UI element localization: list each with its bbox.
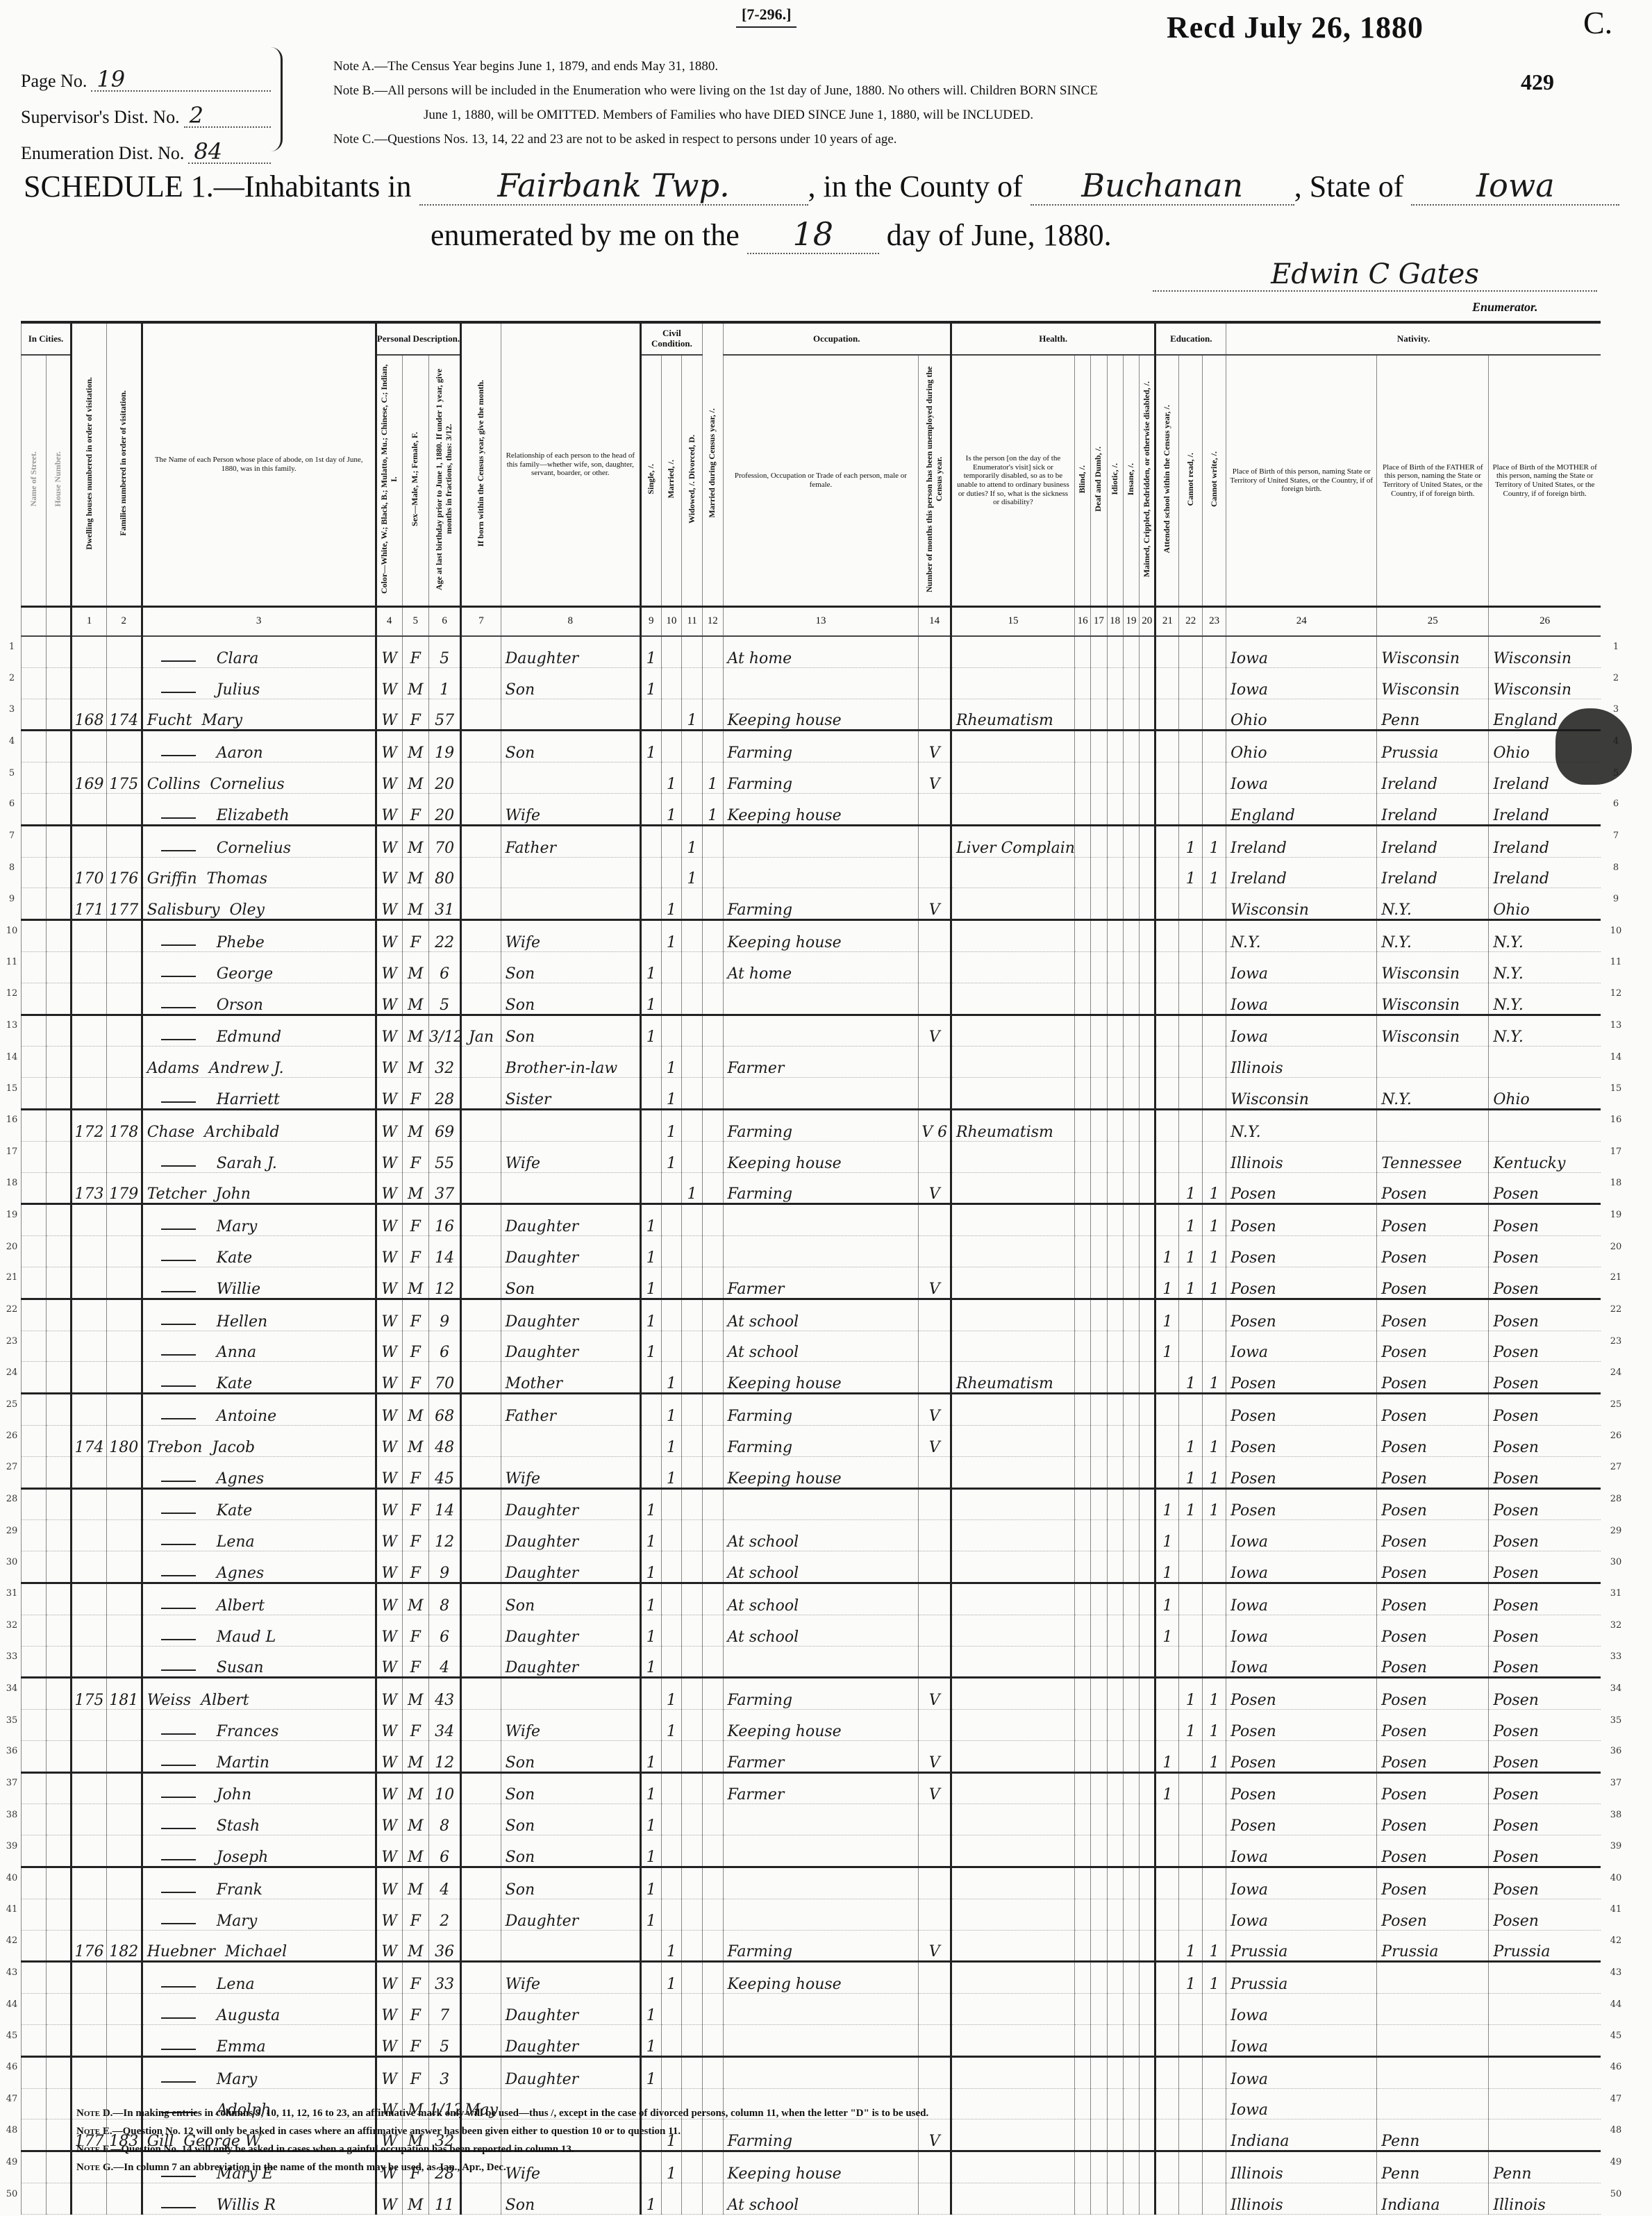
father-birthplace-cell: Ireland bbox=[1377, 825, 1489, 857]
same-surname-dash bbox=[161, 1481, 196, 1482]
table-row: SusanWF4Daughter1IowaPosenPosen bbox=[22, 1646, 1601, 1678]
age-cell: 20 bbox=[428, 793, 461, 825]
same-surname-dash bbox=[161, 1892, 196, 1893]
person-name-cell: Maud L bbox=[142, 1615, 376, 1646]
married-census-year-cell bbox=[702, 1551, 723, 1583]
widowed-cell: 1 bbox=[682, 1172, 703, 1204]
idiotic-cell bbox=[1107, 1804, 1123, 1835]
idiotic-cell bbox=[1107, 1425, 1123, 1456]
blind-cell bbox=[1074, 1109, 1090, 1141]
father-birthplace-cell: N.Y. bbox=[1377, 920, 1489, 952]
father-birthplace-cell: Tennessee bbox=[1377, 1141, 1489, 1172]
color-cell: W bbox=[376, 1331, 402, 1362]
brace-divider bbox=[271, 47, 283, 151]
birthplace-cell: Posen bbox=[1226, 1772, 1377, 1804]
color-cell: W bbox=[376, 1456, 402, 1488]
widowed-cell bbox=[682, 667, 703, 699]
street-cell bbox=[22, 920, 47, 952]
line-number: 28 bbox=[1, 1494, 22, 1504]
surname: Adams bbox=[147, 1060, 199, 1077]
attended-school-cell bbox=[1155, 1962, 1179, 1994]
person-name-cell: Mary bbox=[142, 2056, 376, 2088]
street-cell bbox=[22, 1867, 47, 1899]
line-number: 43 bbox=[1605, 1967, 1626, 1978]
line-number: 45 bbox=[1, 2031, 22, 2041]
blind-cell bbox=[1074, 1520, 1090, 1551]
single-cell: 1 bbox=[640, 1994, 661, 2025]
mother-birthplace-cell bbox=[1489, 2119, 1601, 2151]
person-name-cell: ChaseArchibald bbox=[142, 1109, 376, 1141]
family-number-cell bbox=[106, 1267, 142, 1299]
father-birthplace-cell: Penn bbox=[1377, 2151, 1489, 2183]
age-cell: 36 bbox=[428, 1930, 461, 1962]
birthplace-cell: Posen bbox=[1226, 1488, 1377, 1520]
unemployed-cell: V bbox=[919, 1772, 951, 1804]
mother-birthplace-cell: Kentucky bbox=[1489, 1141, 1601, 1172]
maimed-cell bbox=[1140, 1078, 1155, 1110]
color-cell: W bbox=[376, 1835, 402, 1867]
surname: Collins bbox=[147, 776, 201, 793]
line-number: 40 bbox=[1, 1873, 22, 1883]
line-number: 1 bbox=[1, 642, 22, 652]
married-cell bbox=[661, 1646, 682, 1678]
attended-school-cell bbox=[1155, 1867, 1179, 1899]
col-num: 13 bbox=[723, 607, 919, 637]
relationship-cell: Daughter bbox=[501, 1994, 640, 2025]
widowed-cell bbox=[682, 1362, 703, 1394]
single-cell: 1 bbox=[640, 2056, 661, 2088]
color-cell: W bbox=[376, 731, 402, 763]
supervisor-district-value: 2 bbox=[184, 104, 271, 128]
street-cell bbox=[22, 763, 47, 794]
sickness-cell bbox=[951, 1488, 1074, 1520]
line-number: 20 bbox=[1, 1242, 22, 1252]
married-census-year-cell bbox=[702, 2025, 723, 2057]
same-surname-dash bbox=[161, 850, 196, 851]
relationship-cell: Son bbox=[501, 1740, 640, 1772]
deaf-dumb-cell bbox=[1091, 1740, 1107, 1772]
street-cell bbox=[22, 1236, 47, 1267]
family-number-cell: 176 bbox=[106, 857, 142, 888]
birthplace-cell: Posen bbox=[1226, 1710, 1377, 1741]
table-row: GeorgeWM6Son1At homeIowaWisconsinN.Y. bbox=[22, 951, 1601, 983]
cannot-write-cell: 1 bbox=[1203, 1204, 1226, 1236]
header-idiotic: Idiotic, /. bbox=[1107, 355, 1123, 607]
father-birthplace-cell: Posen bbox=[1377, 1551, 1489, 1583]
sex-cell: M bbox=[402, 1394, 428, 1426]
color-cell: W bbox=[376, 2056, 402, 2088]
occupation-cell: At school bbox=[723, 1551, 919, 1583]
given-name: John bbox=[217, 1786, 251, 1803]
sickness-cell bbox=[951, 1772, 1074, 1804]
mother-birthplace-cell: Posen bbox=[1489, 1299, 1601, 1331]
table-row: StashWM8Son1PosenPosenPosen bbox=[22, 1804, 1601, 1835]
mother-birthplace-cell bbox=[1489, 1047, 1601, 1078]
unemployed-cell bbox=[919, 1710, 951, 1741]
father-birthplace-cell: Posen bbox=[1377, 1456, 1489, 1488]
cannot-read-cell bbox=[1179, 2119, 1203, 2151]
birthplace-cell: Iowa bbox=[1226, 2025, 1377, 2057]
single-cell bbox=[640, 793, 661, 825]
person-name-cell: WeissAlbert bbox=[142, 1678, 376, 1710]
color-cell: W bbox=[376, 951, 402, 983]
mother-birthplace-cell: Posen bbox=[1489, 1899, 1601, 1930]
header-color: Color—White, W.; Black, B.; Mulatto, Mu.… bbox=[376, 355, 402, 607]
col-num: 7 bbox=[461, 607, 501, 637]
header-married-census-year: Married during Census year, /. bbox=[702, 322, 723, 607]
line-number: 3 bbox=[1, 704, 22, 715]
insane-cell bbox=[1123, 2025, 1139, 2057]
sex-cell: F bbox=[402, 1204, 428, 1236]
unemployed-cell bbox=[919, 793, 951, 825]
cannot-write-cell: 1 bbox=[1203, 1362, 1226, 1394]
insane-cell bbox=[1123, 2151, 1139, 2183]
deaf-dumb-cell bbox=[1091, 2025, 1107, 2057]
attended-school-cell bbox=[1155, 1141, 1179, 1172]
line-number: 8 bbox=[1605, 863, 1626, 873]
insane-cell bbox=[1123, 888, 1139, 920]
given-name: Aaron bbox=[217, 744, 263, 762]
occupation-cell: Keeping house bbox=[723, 1710, 919, 1741]
age-cell: 5 bbox=[428, 636, 461, 667]
color-cell: W bbox=[376, 667, 402, 699]
unemployed-cell bbox=[919, 2056, 951, 2088]
deaf-dumb-cell bbox=[1091, 731, 1107, 763]
relationship-cell: Daughter bbox=[501, 2025, 640, 2057]
single-cell: 1 bbox=[640, 1804, 661, 1835]
house-number-cell bbox=[47, 1141, 72, 1172]
single-cell: 1 bbox=[640, 1646, 661, 1678]
idiotic-cell bbox=[1107, 1236, 1123, 1267]
unemployed-cell: V bbox=[919, 1015, 951, 1047]
line-number: 15 bbox=[1605, 1083, 1626, 1094]
family-number-cell bbox=[106, 1299, 142, 1331]
sex-cell: M bbox=[402, 857, 428, 888]
table-row: WillieWM12Son1FarmerV111PosenPosenPosen bbox=[22, 1267, 1601, 1299]
person-name-cell: Mary bbox=[142, 1899, 376, 1930]
unemployed-cell: V bbox=[919, 1394, 951, 1426]
given-name: Martin bbox=[217, 1754, 269, 1772]
age-cell: 57 bbox=[428, 699, 461, 731]
father-birthplace-cell: Posen bbox=[1377, 1488, 1489, 1520]
maimed-cell bbox=[1140, 1994, 1155, 2025]
mother-birthplace-cell: Posen bbox=[1489, 1488, 1601, 1520]
birth-month-cell bbox=[461, 1488, 501, 1520]
line-number: 36 bbox=[1, 1746, 22, 1756]
birthplace-cell: Prussia bbox=[1226, 1930, 1377, 1962]
sickness-cell bbox=[951, 1172, 1074, 1204]
sickness-cell bbox=[951, 920, 1074, 952]
father-birthplace-cell: Posen bbox=[1377, 1583, 1489, 1615]
birth-month-cell bbox=[461, 1615, 501, 1646]
birth-month-cell bbox=[461, 825, 501, 857]
relationship-cell: Daughter bbox=[501, 1236, 640, 1267]
header-cannot-write: Cannot write, /. bbox=[1203, 355, 1226, 607]
relationship-cell: Brother-in-law bbox=[501, 1047, 640, 1078]
col-num: 24 bbox=[1226, 607, 1377, 637]
occupation-cell bbox=[723, 1204, 919, 1236]
attended-school-cell: 1 bbox=[1155, 1740, 1179, 1772]
cannot-write-cell bbox=[1203, 1646, 1226, 1678]
street-cell bbox=[22, 2088, 47, 2119]
insane-cell bbox=[1123, 793, 1139, 825]
street-cell bbox=[22, 1930, 47, 1962]
widowed-cell bbox=[682, 1740, 703, 1772]
attended-school-cell bbox=[1155, 2025, 1179, 2057]
occupation-cell: Farming bbox=[723, 1394, 919, 1426]
line-number: 31 bbox=[1, 1588, 22, 1599]
father-birthplace-cell bbox=[1377, 1109, 1489, 1141]
maimed-cell bbox=[1140, 857, 1155, 888]
birthplace-cell: Iowa bbox=[1226, 983, 1377, 1015]
unemployed-cell bbox=[919, 1646, 951, 1678]
deaf-dumb-cell bbox=[1091, 2119, 1107, 2151]
idiotic-cell bbox=[1107, 793, 1123, 825]
age-cell: 6 bbox=[428, 1331, 461, 1362]
sickness-cell bbox=[951, 2151, 1074, 2183]
col-num: 20 bbox=[1140, 607, 1155, 637]
father-birthplace-cell: Posen bbox=[1377, 1204, 1489, 1236]
family-number-cell bbox=[106, 951, 142, 983]
age-cell: 14 bbox=[428, 1488, 461, 1520]
table-row: LenaWF33Wife1Keeping house11Prussia bbox=[22, 1962, 1601, 1994]
blind-cell bbox=[1074, 1488, 1090, 1520]
idiotic-cell bbox=[1107, 1994, 1123, 2025]
age-cell: 6 bbox=[428, 1615, 461, 1646]
age-cell: 7 bbox=[428, 1994, 461, 2025]
married-census-year-cell bbox=[702, 825, 723, 857]
maimed-cell bbox=[1140, 1740, 1155, 1772]
birthplace-cell: Iowa bbox=[1226, 2088, 1377, 2119]
table-row: HarriettWF28Sister1WisconsinN.Y.Ohio bbox=[22, 1078, 1601, 1110]
unemployed-cell bbox=[919, 1804, 951, 1835]
cannot-read-cell bbox=[1179, 763, 1203, 794]
sex-cell: F bbox=[402, 1962, 428, 1994]
widowed-cell bbox=[682, 951, 703, 983]
line-number: 31 bbox=[1605, 1588, 1626, 1599]
sickness-cell bbox=[951, 1456, 1074, 1488]
occupation-cell bbox=[723, 1994, 919, 2025]
sex-cell: F bbox=[402, 636, 428, 667]
father-birthplace-cell: Ireland bbox=[1377, 793, 1489, 825]
family-number-cell bbox=[106, 920, 142, 952]
insane-cell bbox=[1123, 1615, 1139, 1646]
idiotic-cell bbox=[1107, 1678, 1123, 1710]
married-census-year-cell bbox=[702, 1646, 723, 1678]
color-cell: W bbox=[376, 763, 402, 794]
unemployed-cell bbox=[919, 920, 951, 952]
line-number: 5 bbox=[1, 768, 22, 778]
birth-month-cell bbox=[461, 1172, 501, 1204]
mother-birthplace-cell: Penn bbox=[1489, 2151, 1601, 2183]
maimed-cell bbox=[1140, 1456, 1155, 1488]
dwelling-number-cell: 175 bbox=[72, 1678, 107, 1710]
table-row: AgnesWF45Wife1Keeping house11PosenPosenP… bbox=[22, 1456, 1601, 1488]
birthplace-cell: Posen bbox=[1226, 1425, 1377, 1456]
line-number: 13 bbox=[1, 1020, 22, 1031]
married-cell bbox=[661, 1740, 682, 1772]
dwelling-number-cell bbox=[72, 951, 107, 983]
married-census-year-cell bbox=[702, 1520, 723, 1551]
idiotic-cell bbox=[1107, 951, 1123, 983]
cannot-write-cell bbox=[1203, 920, 1226, 952]
cannot-read-cell bbox=[1179, 667, 1203, 699]
widowed-cell bbox=[682, 1394, 703, 1426]
idiotic-cell bbox=[1107, 825, 1123, 857]
widowed-cell bbox=[682, 636, 703, 667]
sickness-cell bbox=[951, 1394, 1074, 1426]
line-number: 14 bbox=[1605, 1052, 1626, 1063]
married-cell: 1 bbox=[661, 1362, 682, 1394]
line-number: 34 bbox=[1605, 1683, 1626, 1694]
table-row: KateWF14Daughter1111PosenPosenPosen bbox=[22, 1236, 1601, 1267]
married-cell bbox=[661, 825, 682, 857]
given-name: Agnes bbox=[217, 1470, 264, 1488]
sex-cell: M bbox=[402, 1835, 428, 1867]
single-cell bbox=[640, 699, 661, 731]
unemployed-cell bbox=[919, 1520, 951, 1551]
family-number-cell: 182 bbox=[106, 1930, 142, 1962]
birthplace-cell: Iowa bbox=[1226, 951, 1377, 983]
unemployed-cell bbox=[919, 1583, 951, 1615]
sickness-cell bbox=[951, 793, 1074, 825]
sex-cell: F bbox=[402, 1646, 428, 1678]
occupation-cell: Keeping house bbox=[723, 1141, 919, 1172]
father-birthplace-cell: Wisconsin bbox=[1377, 983, 1489, 1015]
person-name-cell: Susan bbox=[142, 1646, 376, 1678]
birth-month-cell: Jan bbox=[461, 1015, 501, 1047]
dwelling-number-cell bbox=[72, 825, 107, 857]
widowed-cell bbox=[682, 1772, 703, 1804]
widowed-cell bbox=[682, 1267, 703, 1299]
unemployed-cell bbox=[919, 1867, 951, 1899]
given-name: Clara bbox=[217, 650, 259, 667]
same-surname-dash bbox=[161, 1608, 196, 1609]
cannot-write-cell: 1 bbox=[1203, 1678, 1226, 1710]
married-census-year-cell bbox=[702, 1141, 723, 1172]
unemployed-cell bbox=[919, 1835, 951, 1867]
idiotic-cell bbox=[1107, 2119, 1123, 2151]
given-name: Maud L bbox=[217, 1628, 276, 1646]
blind-cell bbox=[1074, 2025, 1090, 2057]
married-census-year-cell bbox=[702, 1236, 723, 1267]
maimed-cell bbox=[1140, 1772, 1155, 1804]
age-cell: 37 bbox=[428, 1172, 461, 1204]
occupation-cell: At school bbox=[723, 1520, 919, 1551]
single-cell: 1 bbox=[640, 1520, 661, 1551]
street-cell bbox=[22, 1362, 47, 1394]
maimed-cell bbox=[1140, 1520, 1155, 1551]
maimed-cell bbox=[1140, 793, 1155, 825]
cannot-write-cell: 1 bbox=[1203, 1267, 1226, 1299]
single-cell: 1 bbox=[640, 1488, 661, 1520]
house-number-cell bbox=[47, 1867, 72, 1899]
widowed-cell bbox=[682, 920, 703, 952]
street-cell bbox=[22, 1109, 47, 1141]
house-number-cell bbox=[47, 2151, 72, 2183]
sickness-cell bbox=[951, 1267, 1074, 1299]
unemployed-cell bbox=[919, 857, 951, 888]
married-cell bbox=[661, 1994, 682, 2025]
married-cell bbox=[661, 1551, 682, 1583]
mother-birthplace-cell bbox=[1489, 2088, 1601, 2119]
birth-month-cell bbox=[461, 793, 501, 825]
insane-cell bbox=[1123, 763, 1139, 794]
blind-cell bbox=[1074, 763, 1090, 794]
sex-cell: F bbox=[402, 1299, 428, 1331]
line-number: 18 bbox=[1605, 1178, 1626, 1188]
given-name: Andrew J. bbox=[209, 1060, 284, 1077]
header-house-number: House Number. bbox=[47, 355, 72, 607]
blind-cell bbox=[1074, 2151, 1090, 2183]
col-num: 8 bbox=[501, 607, 640, 637]
sex-cell: F bbox=[402, 1236, 428, 1267]
blind-cell bbox=[1074, 636, 1090, 667]
cannot-write-cell bbox=[1203, 888, 1226, 920]
same-surname-dash bbox=[161, 1733, 196, 1735]
attended-school-cell bbox=[1155, 636, 1179, 667]
married-cell: 1 bbox=[661, 1678, 682, 1710]
birth-month-cell bbox=[461, 1551, 501, 1583]
line-number: 39 bbox=[1, 1841, 22, 1851]
blind-cell bbox=[1074, 1962, 1090, 1994]
sex-cell: F bbox=[402, 1615, 428, 1646]
person-name-cell: Kate bbox=[142, 1488, 376, 1520]
attended-school-cell bbox=[1155, 1994, 1179, 2025]
birth-month-cell bbox=[461, 1078, 501, 1110]
mother-birthplace-cell: Posen bbox=[1489, 1204, 1601, 1236]
sickness-cell bbox=[951, 1047, 1074, 1078]
col-num: 4 bbox=[376, 607, 402, 637]
single-cell: 1 bbox=[640, 667, 661, 699]
family-number-cell bbox=[106, 825, 142, 857]
mother-birthplace-cell: Prussia bbox=[1489, 1930, 1601, 1962]
col-num: 3 bbox=[142, 607, 376, 637]
header-relationship: Relationship of each person to the head … bbox=[501, 322, 640, 607]
line-number: 12 bbox=[1, 988, 22, 999]
house-number-cell bbox=[47, 1078, 72, 1110]
insane-cell bbox=[1123, 1394, 1139, 1426]
cannot-write-cell: 1 bbox=[1203, 1172, 1226, 1204]
insane-cell bbox=[1123, 1678, 1139, 1710]
sickness-cell bbox=[951, 2183, 1074, 2215]
group-in-cities: In Cities. bbox=[22, 322, 72, 355]
blind-cell bbox=[1074, 1867, 1090, 1899]
father-birthplace-cell: Posen bbox=[1377, 1425, 1489, 1456]
mother-birthplace-cell: Ohio bbox=[1489, 1078, 1601, 1110]
attended-school-cell bbox=[1155, 2056, 1179, 2088]
house-number-cell bbox=[47, 731, 72, 763]
line-number: 25 bbox=[1605, 1399, 1626, 1410]
person-name-cell: Clara bbox=[142, 636, 376, 667]
father-birthplace-cell bbox=[1377, 1962, 1489, 1994]
father-birthplace-cell: Posen bbox=[1377, 1520, 1489, 1551]
father-birthplace-cell: Posen bbox=[1377, 1867, 1489, 1899]
sex-cell: M bbox=[402, 667, 428, 699]
birthplace-cell: Iowa bbox=[1226, 2056, 1377, 2088]
family-number-cell bbox=[106, 1646, 142, 1678]
birthplace-cell: Iowa bbox=[1226, 1994, 1377, 2025]
married-census-year-cell bbox=[702, 1678, 723, 1710]
color-cell: W bbox=[376, 1710, 402, 1741]
sickness-cell bbox=[951, 2088, 1074, 2119]
unemployed-cell bbox=[919, 1551, 951, 1583]
census-rows: ClaraWF5Daughter1At homeIowaWisconsinWis… bbox=[22, 636, 1601, 2214]
sickness-cell bbox=[951, 1078, 1074, 1110]
birth-month-cell bbox=[461, 983, 501, 1015]
given-name: Agnes bbox=[217, 1565, 264, 1582]
sex-cell: M bbox=[402, 951, 428, 983]
